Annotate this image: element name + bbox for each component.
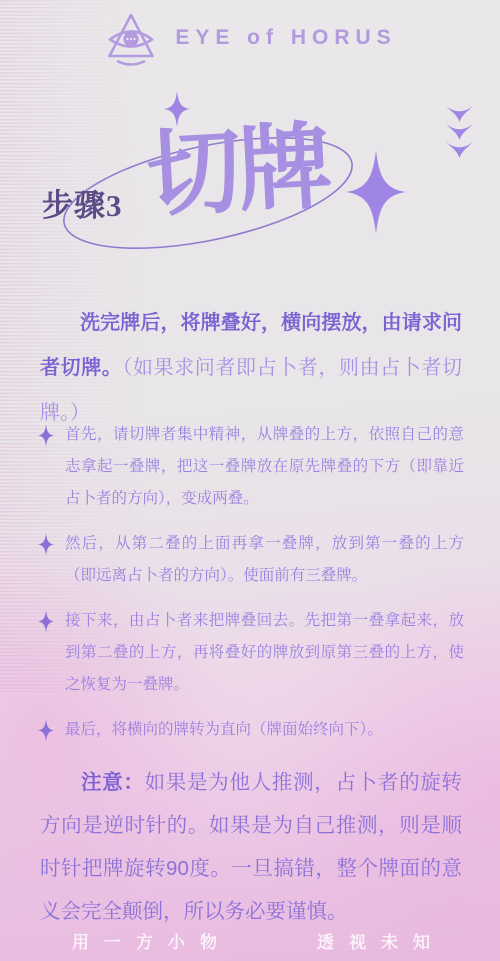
step-text: 首先，请切牌者集中精神，从牌叠的上方，依照自己的意志拿起一叠牌，把这一叠牌放在原…	[65, 426, 464, 507]
page-title: 切牌	[144, 113, 331, 230]
steps-list: 首先，请切牌者集中精神，从牌叠的上方，依照自己的意志拿起一叠牌，把这一叠牌放在原…	[38, 419, 464, 759]
sparkle-bullet-icon	[38, 610, 54, 645]
sparkle-bullet-icon	[38, 424, 54, 459]
step-item: 最后，将横向的牌转为直向（牌面始终向下）。	[38, 714, 464, 746]
step-text: 最后，将横向的牌转为直向（牌面始终向下）。	[65, 721, 383, 738]
footer-left-text: 用一方小物	[72, 928, 232, 953]
step-number-label: 步骤3	[42, 180, 123, 225]
header: EYE of HORUS	[0, 10, 500, 66]
note-label: 注意：	[81, 771, 145, 794]
step-item: 然后，从第二叠的上面再拿一叠牌，放到第一叠的上方（即远离占卜者的方向）。使面前有…	[38, 528, 464, 592]
step-item: 接下来，由占卜者来把牌叠回去。先把第一叠拿起来，放到第二叠的上方，再将叠好的牌放…	[38, 605, 464, 701]
eye-of-horus-logo-icon	[103, 10, 159, 66]
brand-name: EYE of HORUS	[175, 26, 396, 50]
step-text: 然后，从第二叠的上面再拿一叠牌，放到第一叠的上方（即远离占卜者的方向）。使面前有…	[65, 535, 464, 584]
triple-chevron-down-icon	[446, 106, 473, 158]
sparkle-bullet-icon	[38, 533, 54, 568]
sparkle-bullet-icon	[38, 719, 54, 754]
sparkle-icon	[345, 150, 407, 239]
footer-right-text: 透视未知	[317, 928, 445, 953]
title-block: 步骤3 切牌	[0, 88, 500, 268]
step-item: 首先，请切牌者集中精神，从牌叠的上方，依照自己的意志拿起一叠牌，把这一叠牌放在原…	[38, 419, 464, 515]
footer-tagline: 用一方小物 透视未知	[0, 928, 500, 953]
step-text: 接下来，由占卜者来把牌叠回去。先把第一叠拿起来，放到第二叠的上方，再将叠好的牌放…	[65, 612, 464, 693]
poster-page: EYE of HORUS 步骤3 切牌 洗完牌后，将牌叠好，横向摆放，由请求问者…	[0, 0, 500, 961]
intro-paragraph: 洗完牌后，将牌叠好，横向摆放，由请求问者切牌。（如果求问者即占卜者，则由占卜者切…	[40, 301, 462, 436]
note-paragraph: 注意：如果是为他人推测，占卜者的旋转方向是逆时针的。如果是为自己推测，则是顺时针…	[40, 761, 462, 933]
